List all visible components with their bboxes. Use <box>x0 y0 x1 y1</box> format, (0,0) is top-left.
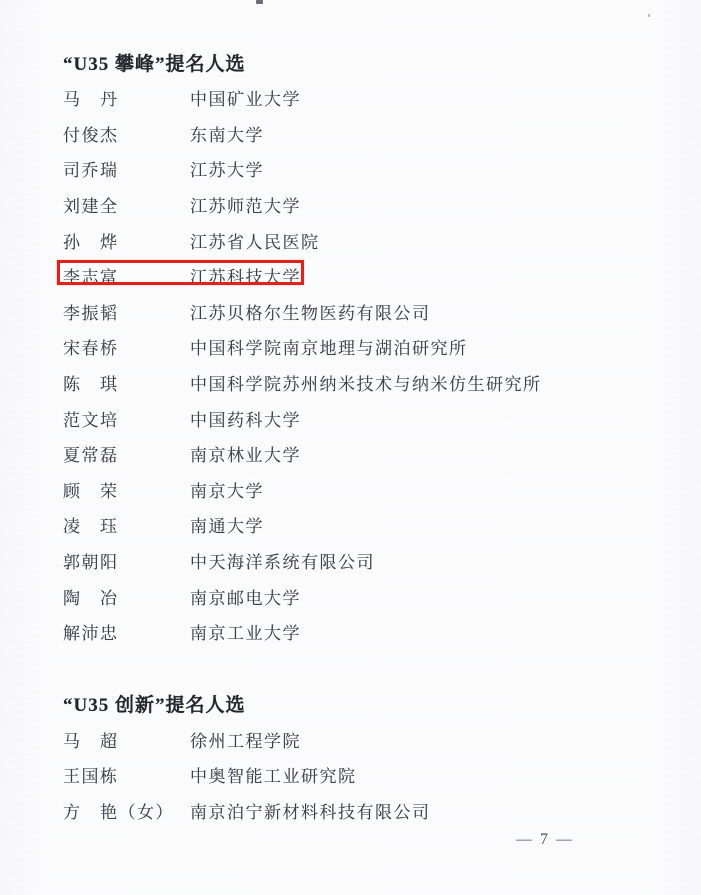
section-title: “U35 攀峰”提名人选 <box>63 44 671 80</box>
table-row: 付俊杰 东南大学 <box>63 116 671 152</box>
nominee-name: 陈 琪 <box>63 370 190 395</box>
nominee-name: 刘建全 <box>63 192 190 217</box>
nominee-name: 顾 荣 <box>63 477 190 502</box>
table-row: 刘建全 江苏师范大学 <box>63 187 671 223</box>
nominee-name: 司乔瑞 <box>63 156 190 181</box>
table-row: 解沛忠 南京工业大学 <box>63 614 671 650</box>
nominee-name: 孙 烨 <box>63 228 190 253</box>
nominee-section: “U35 攀峰”提名人选 马 丹 中国矿业大学 付俊杰 东南大学 司乔瑞 江苏大… <box>63 44 671 650</box>
nominee-organization: 中国矿业大学 <box>190 85 301 110</box>
nominee-organization: 中国科学院苏州纳米技术与纳米仿生研究所 <box>190 370 542 395</box>
nominee-organization: 南京泊宁新材料科技有限公司 <box>190 798 431 823</box>
nominee-organization: 中奥智能工业研究院 <box>190 762 357 787</box>
table-row: 郭朝阳 中天海洋系统有限公司 <box>63 543 671 579</box>
nominee-name: 方 艳（女） <box>63 798 190 823</box>
nominee-name: 李振韬 <box>63 299 190 324</box>
table-row: 范文培 中国药科大学 <box>63 400 671 436</box>
scan-speck <box>648 14 650 17</box>
nominee-name: 凌 珏 <box>63 512 190 537</box>
nominee-organization: 江苏贝格尔生物医药有限公司 <box>190 299 431 324</box>
nominee-name: 陶 冶 <box>63 584 190 609</box>
section-rows: 马 丹 中国矿业大学 付俊杰 东南大学 司乔瑞 江苏大学 刘建全 江苏师范大学 … <box>63 80 671 650</box>
table-row: 李志富 江苏科技大学 <box>63 258 671 294</box>
scanned-document-page: “U35 攀峰”提名人选 马 丹 中国矿业大学 付俊杰 东南大学 司乔瑞 江苏大… <box>0 0 701 895</box>
page-number: — 7 — <box>500 831 590 849</box>
nominee-name: 宋春桥 <box>63 334 190 359</box>
nominee-organization: 中国药科大学 <box>190 406 301 431</box>
nominee-sections: “U35 攀峰”提名人选 马 丹 中国矿业大学 付俊杰 东南大学 司乔瑞 江苏大… <box>63 44 671 828</box>
nominee-organization: 南京工业大学 <box>190 619 301 644</box>
nominee-name: 郭朝阳 <box>63 548 190 573</box>
nominee-section: “U35 创新”提名人选 马 超 徐州工程学院 王国栋 中奥智能工业研究院 方 … <box>63 686 671 829</box>
nominee-organization: 南通大学 <box>190 512 264 537</box>
scan-artifact <box>256 0 263 4</box>
nominee-organization: 江苏省人民医院 <box>190 228 320 253</box>
nominee-name: 解沛忠 <box>63 619 190 644</box>
nominee-name: 付俊杰 <box>63 121 190 146</box>
table-row: 司乔瑞 江苏大学 <box>63 151 671 187</box>
nominee-organization: 徐州工程学院 <box>190 727 301 752</box>
nominee-name: 王国栋 <box>63 762 190 787</box>
section-rows: 马 超 徐州工程学院 王国栋 中奥智能工业研究院 方 艳（女） 南京泊宁新材料科… <box>63 722 671 829</box>
nominee-name: 李志富 <box>63 263 190 288</box>
nominee-name: 马 超 <box>63 727 190 752</box>
section-title: “U35 创新”提名人选 <box>63 686 671 722</box>
table-row: 顾 荣 南京大学 <box>63 472 671 508</box>
nominee-organization: 南京邮电大学 <box>190 584 301 609</box>
table-row: 凌 珏 南通大学 <box>63 507 671 543</box>
nominee-organization: 中国科学院南京地理与湖泊研究所 <box>190 334 468 359</box>
nominee-name: 范文培 <box>63 406 190 431</box>
table-row: 夏常磊 南京林业大学 <box>63 436 671 472</box>
table-row: 方 艳（女） 南京泊宁新材料科技有限公司 <box>63 793 671 829</box>
nominee-name: 夏常磊 <box>63 441 190 466</box>
nominee-organization: 江苏师范大学 <box>190 192 301 217</box>
nominee-organization: 中天海洋系统有限公司 <box>190 548 375 573</box>
nominee-organization: 江苏大学 <box>190 156 264 181</box>
nominee-organization: 南京林业大学 <box>190 441 301 466</box>
nominee-organization: 南京大学 <box>190 477 264 502</box>
nominee-name: 马 丹 <box>63 85 190 110</box>
table-row: 李振韬 江苏贝格尔生物医药有限公司 <box>63 294 671 330</box>
table-row: 王国栋 中奥智能工业研究院 <box>63 757 671 793</box>
nominee-organization: 江苏科技大学 <box>190 263 301 288</box>
table-row: 宋春桥 中国科学院南京地理与湖泊研究所 <box>63 329 671 365</box>
table-row: 马 丹 中国矿业大学 <box>63 80 671 116</box>
table-row: 陶 冶 南京邮电大学 <box>63 578 671 614</box>
table-row: 马 超 徐州工程学院 <box>63 722 671 758</box>
nominee-organization: 东南大学 <box>190 121 264 146</box>
table-row: 孙 烨 江苏省人民医院 <box>63 222 671 258</box>
table-row: 陈 琪 中国科学院苏州纳米技术与纳米仿生研究所 <box>63 365 671 401</box>
